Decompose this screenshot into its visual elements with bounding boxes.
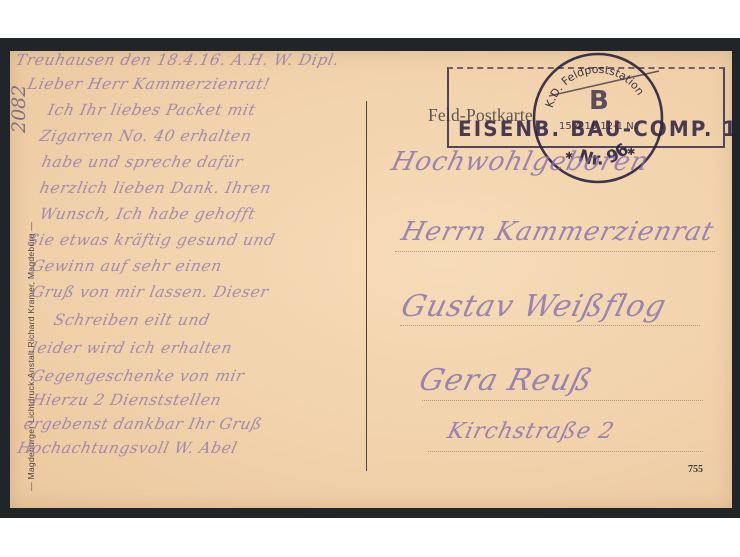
message-line: herzlich lieben Dank. Ihren (38, 179, 273, 197)
card-number: 755 (688, 464, 703, 475)
message-line: Gewinn auf sehr einen (30, 257, 224, 275)
address-dotted-line (395, 251, 715, 252)
message-line: Gegengeschenke von mir (30, 367, 246, 385)
address-dotted-line (428, 451, 703, 452)
address-line-1: Herrn Kammerzienrat (398, 217, 717, 247)
address-line-3: Gera Reuß (416, 363, 597, 398)
message-address-divider (366, 101, 367, 471)
address-dotted-line (422, 400, 703, 401)
address-line-2: Gustav Weißflog (398, 289, 671, 324)
address-salutation: Hochwohlgeboren (388, 147, 652, 177)
message-line: Gruß von mir lassen. Dieser (30, 283, 270, 301)
message-line: Zigarren No. 40 erhalten (38, 127, 253, 145)
svg-text:15.4.16 12-1 N.: 15.4.16 12-1 N. (559, 121, 637, 132)
svg-text:B: B (589, 86, 609, 116)
message-line: ergebenst dankbar Ihr Gruß (22, 415, 264, 433)
message-line: habe und spreche dafür (40, 153, 245, 171)
address-dotted-line (400, 325, 700, 326)
postcard: — Magdeburger Lichtdruck-Anstalt Richard… (10, 51, 732, 508)
message-line: Treuhausen den 18.4.16. A.H. W. Dipl. (14, 51, 341, 69)
message-line: Schreiben eilt und (52, 311, 212, 329)
message-line: Hierzu 2 Dienststellen (30, 391, 223, 409)
message-line: Lieber Herr Kammerzienrat! (26, 75, 272, 93)
message-line: leider wird ich erhalten (30, 339, 234, 357)
message-line: Wunsch, Ich habe gehofft (38, 205, 257, 223)
address-line-4: Kirchstraße 2 (445, 419, 617, 444)
message-line: Sie etwas kräftig gesund und (26, 231, 277, 249)
message-line: Ich Ihr liebes Packet mit (46, 101, 257, 119)
message-line: Hochachtungsvoll W. Abel (16, 439, 239, 457)
